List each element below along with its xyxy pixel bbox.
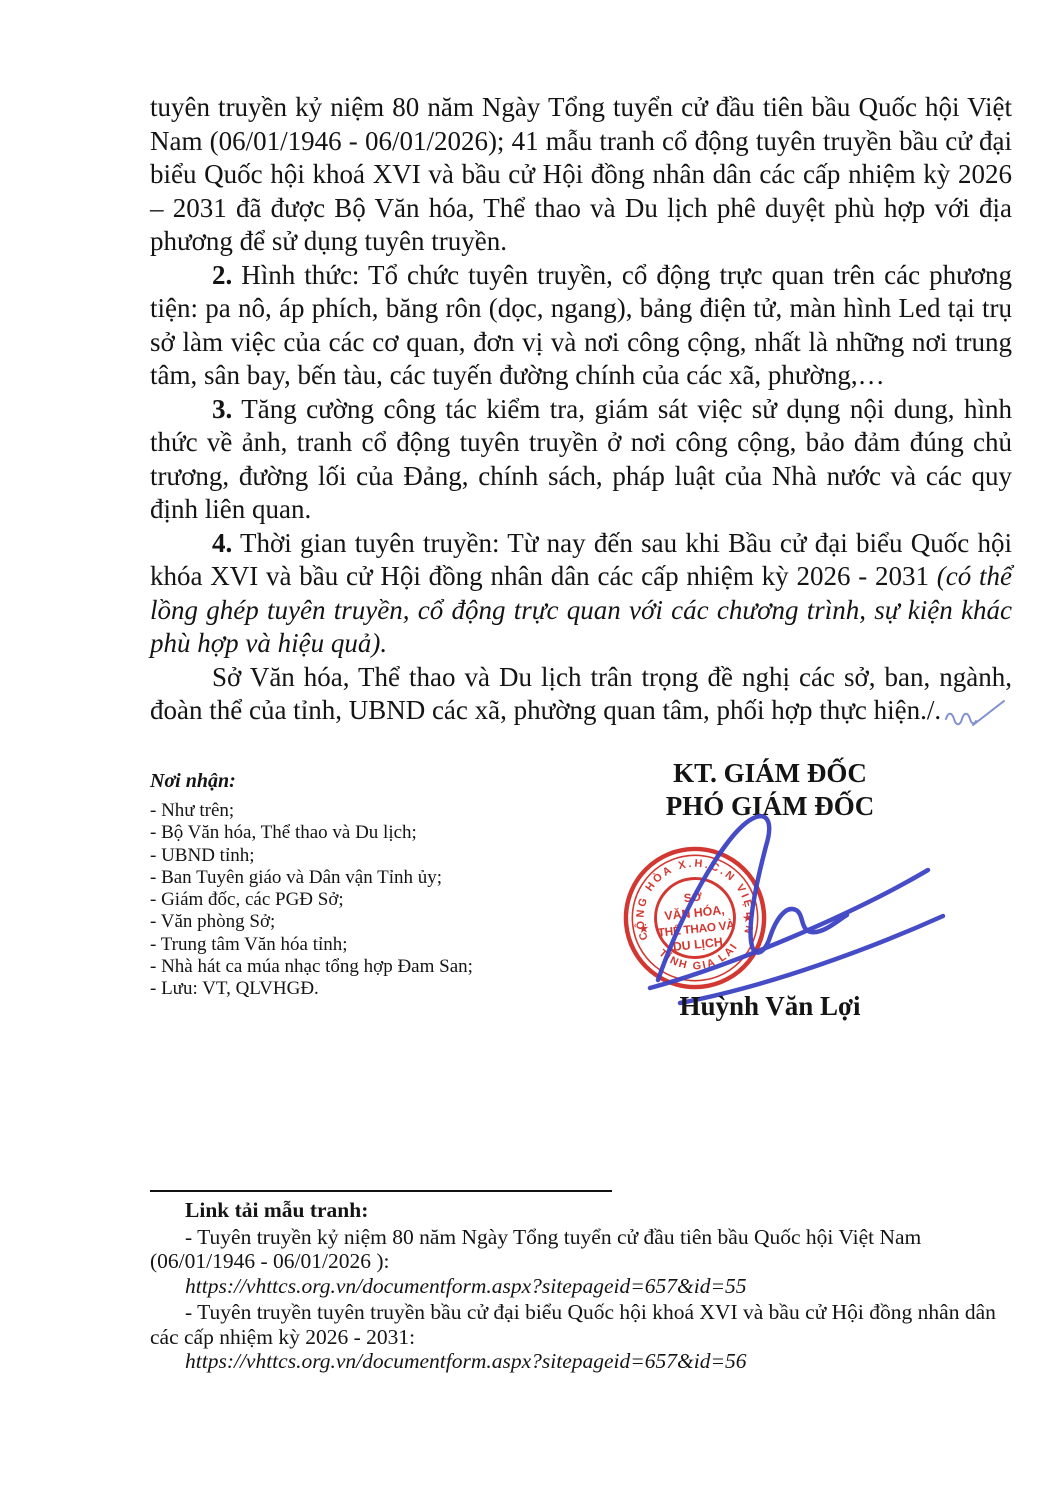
body-text: tuyên truyền kỷ niệm 80 năm Ngày Tổng tu… bbox=[150, 91, 1012, 728]
footer-item-2: - Tuyên truyền tuyên truyền bầu cử đại b… bbox=[150, 1300, 1018, 1349]
recipient-item: - Như trên; bbox=[150, 800, 550, 822]
paragraph-3-number: 3. bbox=[212, 394, 232, 424]
recipient-item: - Nhà hát ca múa nhạc tổng hợp Đam San; bbox=[150, 956, 550, 978]
paragraph-4: 4. Thời gian tuyên truyền: Từ nay đến sa… bbox=[150, 527, 1012, 661]
paragraph-3: 3. Tăng cường công tác kiểm tra, giám sá… bbox=[150, 393, 1012, 527]
recipient-item: - Ban Tuyên giáo và Dân vận Tỉnh ủy; bbox=[150, 867, 550, 889]
paragraph-2-text: Hình thức: Tổ chức tuyên truyền, cổ động… bbox=[150, 260, 1012, 391]
paragraph-4-number: 4. bbox=[212, 528, 232, 558]
recipient-item: - Văn phòng Sở; bbox=[150, 911, 550, 933]
footer-section: Link tải mẫu tranh: - Tuyên truyền kỷ ni… bbox=[150, 1198, 1018, 1374]
footnote-separator bbox=[150, 1190, 612, 1192]
recipient-item: - Lưu: VT, QLVHGĐ. bbox=[150, 978, 550, 1000]
paragraph-4-text: Thời gian tuyên truyền: Từ nay đến sau k… bbox=[150, 528, 1012, 592]
paragraph-2-number: 2. bbox=[212, 260, 232, 290]
initial-mark-icon bbox=[943, 698, 1007, 728]
paragraph-1-text: tuyên truyền kỷ niệm 80 năm Ngày Tổng tu… bbox=[150, 92, 1012, 256]
recipients-heading: Nơi nhận: bbox=[150, 770, 550, 793]
footer-link-1[interactable]: https://vhttcs.org.vn/documentform.aspx?… bbox=[150, 1274, 1018, 1299]
footer-link-2[interactable]: https://vhttcs.org.vn/documentform.aspx?… bbox=[150, 1349, 1018, 1374]
signature-title-line1: KT. GIÁM ĐỐC bbox=[530, 757, 1010, 790]
recipients-section: Nơi nhận: - Như trên; - Bộ Văn hóa, Thể … bbox=[150, 770, 550, 1001]
recipient-item: - Bộ Văn hóa, Thể thao và Du lịch; bbox=[150, 822, 550, 844]
footer-heading: Link tải mẫu tranh: bbox=[150, 1198, 1018, 1223]
footer-item-1: - Tuyên truyền kỷ niệm 80 năm Ngày Tổng … bbox=[150, 1225, 1018, 1274]
recipient-item: - UBND tỉnh; bbox=[150, 845, 550, 867]
document-page: tuyên truyền kỷ niệm 80 năm Ngày Tổng tu… bbox=[0, 0, 1061, 1500]
recipient-item: - Giám đốc, các PGĐ Sở; bbox=[150, 889, 550, 911]
recipient-item: - Trung tâm Văn hóa tỉnh; bbox=[150, 934, 550, 956]
paragraph-5-text: Sở Văn hóa, Thể thao và Du lịch trân trọ… bbox=[150, 662, 1012, 726]
paragraph-3-text: Tăng cường công tác kiểm tra, giám sát v… bbox=[150, 394, 1012, 525]
signer-name: Huỳnh Văn Lợi bbox=[530, 991, 1010, 1022]
paragraph-5: Sở Văn hóa, Thể thao và Du lịch trân trọ… bbox=[150, 661, 1012, 729]
paragraph-2: 2. Hình thức: Tổ chức tuyên truyền, cổ đ… bbox=[150, 259, 1012, 393]
paragraph-1: tuyên truyền kỷ niệm 80 năm Ngày Tổng tu… bbox=[150, 91, 1012, 259]
signature-icon bbox=[610, 798, 970, 1010]
